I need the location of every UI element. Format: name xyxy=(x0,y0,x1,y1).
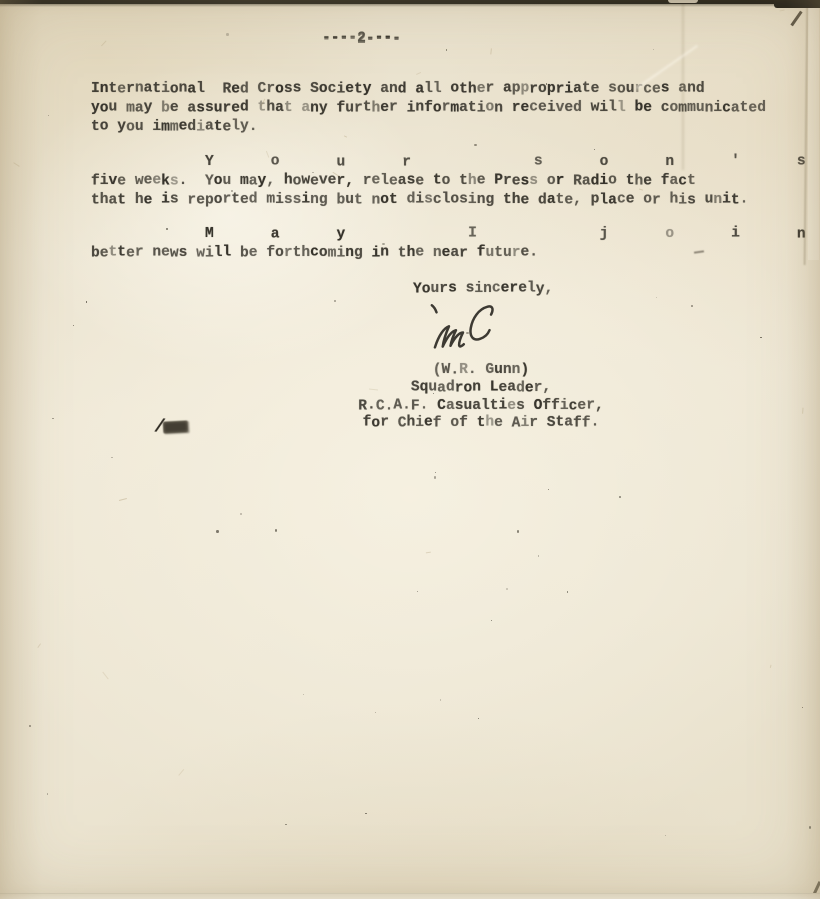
signature-c-stroke xyxy=(470,306,492,339)
paper-fiber xyxy=(416,72,421,75)
letter-body: International Red Cross Society and all … xyxy=(91,80,820,263)
dust-speck xyxy=(478,718,479,719)
scanned-letter-page: ----2---- International Red Cross Societ… xyxy=(0,0,820,899)
dust-speck xyxy=(435,472,436,473)
paragraph-3: May I join with you and the members of y… xyxy=(91,225,820,263)
closing-salutation: Yours sincerely, xyxy=(413,281,553,297)
dust-speck xyxy=(303,694,304,695)
dust-speck xyxy=(567,591,568,593)
paper-crease-top-middle xyxy=(682,0,684,170)
dust-speck xyxy=(548,489,549,490)
letter-line: to you immediately. xyxy=(91,118,820,137)
dust-speck xyxy=(285,824,286,825)
letter-line: International Red Cross Society and all … xyxy=(91,80,820,99)
scan-top-right-edge xyxy=(774,0,820,8)
signer-rank: Squadron Leader, xyxy=(331,380,631,398)
dust-speck xyxy=(365,813,367,814)
dust-speck xyxy=(216,530,219,533)
dust-speck xyxy=(434,476,436,478)
dust-speck xyxy=(653,49,654,51)
dust-speck xyxy=(809,826,811,829)
paper-crease-right-highlight xyxy=(808,0,819,260)
dust-speck xyxy=(111,457,112,458)
letter-line: better news will be forthcoming in the n… xyxy=(91,244,820,263)
paper-fiber xyxy=(119,498,127,501)
paper-fiber xyxy=(101,40,107,46)
dust-speck xyxy=(665,835,666,836)
paper-fiber xyxy=(13,162,19,167)
letter-line: May I join with you and the members of y… xyxy=(91,225,820,244)
dust-speck xyxy=(491,620,492,621)
signature-tick-stroke xyxy=(432,305,437,312)
scan-bottom-edge xyxy=(0,893,820,899)
dust-speck xyxy=(517,530,519,532)
paragraph-2: Your son's name will not appear on the o… xyxy=(91,153,820,210)
signer-title: R.C.A.F. Casualties Officer, xyxy=(331,398,631,416)
dust-speck xyxy=(29,725,31,727)
dust-speck xyxy=(334,300,336,302)
paper-fiber xyxy=(103,672,109,680)
letter-line: that he is reported missing but not disc… xyxy=(91,191,820,210)
dust-speck xyxy=(506,588,508,589)
dust-speck xyxy=(656,297,657,298)
dust-speck xyxy=(47,793,48,794)
paper-fiber xyxy=(770,665,772,668)
handwritten-initials-signature xyxy=(424,299,502,368)
ink-smudge-typist-mark: / xyxy=(154,416,194,438)
letter-line: Your son's name will not appear on the o… xyxy=(91,153,820,172)
torn-paper-notch xyxy=(668,0,698,3)
dust-speck xyxy=(619,496,621,498)
dust-speck xyxy=(417,591,418,592)
signature-block: (W.R. Gunn) Squadron Leader, R.C.A.F. Ca… xyxy=(331,362,631,433)
dust-speck xyxy=(226,33,228,36)
dust-speck xyxy=(86,301,88,303)
signer-for-line: for Chief of the Air Staff. xyxy=(331,415,631,433)
dust-speck xyxy=(691,305,693,307)
paper-fiber xyxy=(490,49,492,55)
paper-fiber xyxy=(178,769,184,776)
corner-ink-mark xyxy=(790,11,802,27)
signer-name: (W.R. Gunn) xyxy=(331,362,631,380)
letter-line: you may be assured that any further info… xyxy=(91,99,820,118)
dust-speck xyxy=(48,115,49,116)
dust-speck xyxy=(52,418,54,420)
dust-speck xyxy=(446,49,447,50)
letter-line: five weeks. You may, however, release to… xyxy=(91,172,820,191)
dust-speck xyxy=(802,707,803,708)
dust-speck xyxy=(73,325,74,326)
dust-speck xyxy=(760,337,762,339)
page-number: ----2---- xyxy=(322,30,401,46)
paper-fiber xyxy=(38,643,41,647)
signature-m-stroke xyxy=(435,326,464,347)
dust-speck xyxy=(275,529,278,532)
dust-speck xyxy=(375,712,376,713)
dust-speck xyxy=(440,699,441,700)
paper-fiber xyxy=(779,9,784,11)
paper-fiber xyxy=(802,408,803,414)
paragraph-1: International Red Cross Society and all … xyxy=(91,80,820,137)
dust-speck xyxy=(240,513,242,515)
paper-fiber xyxy=(426,552,431,554)
dust-speck xyxy=(538,555,539,557)
smudge-blob xyxy=(163,420,189,433)
